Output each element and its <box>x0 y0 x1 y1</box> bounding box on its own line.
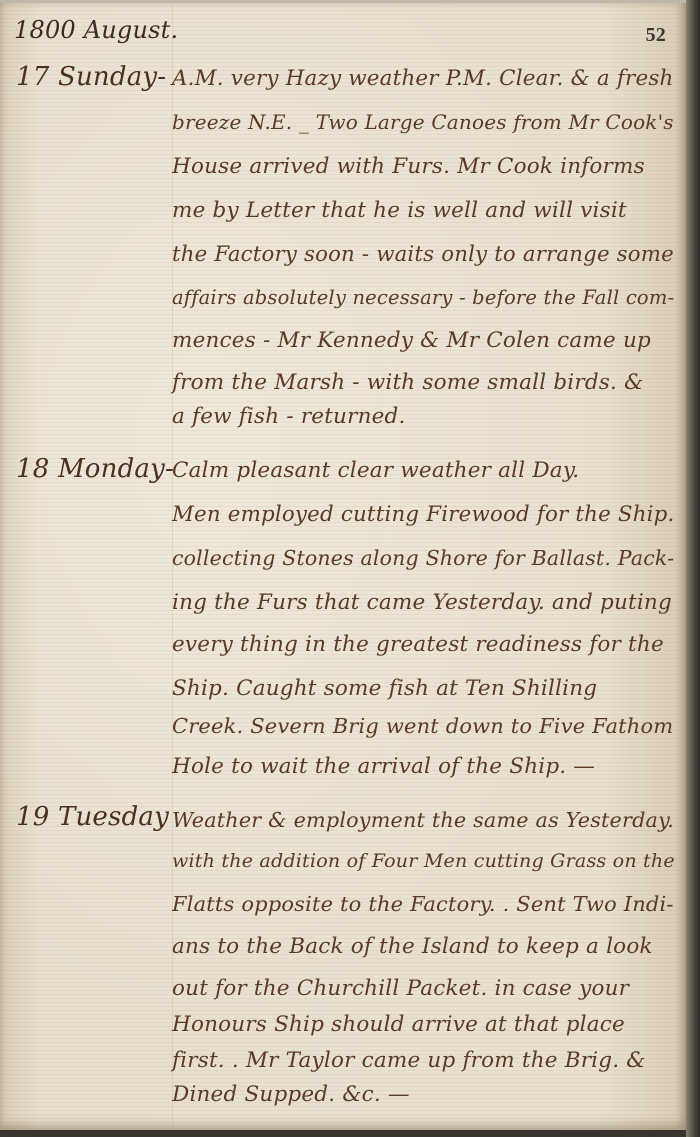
entry-line: mences - Mr Kennedy & Mr Colen came up <box>172 328 651 353</box>
day-label-tuesday: 19 Tuesday <box>16 802 169 832</box>
entry-line: Calm pleasant clear weather all Day. <box>172 458 579 483</box>
entry-line: a few fish - returned. <box>172 404 406 429</box>
entry-line: Hole to wait the arrival of the Ship. — <box>172 754 595 779</box>
entry-line: Flatts opposite to the Factory. . Sent T… <box>172 892 674 916</box>
day-label-sunday: 17 Sunday- <box>16 62 166 92</box>
book-binding-edge <box>686 0 700 1137</box>
entry-line: out for the Churchill Packet. in case yo… <box>172 976 629 1001</box>
header-date: 1800 August. <box>14 16 178 44</box>
entry-line: Dined Supped. &c. — <box>172 1082 410 1107</box>
entry-line: Ship. Caught some fish at Ten Shilling <box>172 676 597 701</box>
entry-line: Honours Ship should arrive at that place <box>172 1012 625 1037</box>
entry-line: Weather & employment the same as Yesterd… <box>172 808 674 832</box>
entry-line: from the Marsh - with some small birds. … <box>172 370 643 395</box>
page-top-edge <box>0 0 700 3</box>
entry-line: breeze N.E. _ Two Large Canoes from Mr C… <box>172 110 674 134</box>
entry-line: every thing in the greatest readiness fo… <box>172 632 664 657</box>
entry-line: A.M. very Hazy weather P.M. Clear. & a f… <box>172 66 674 91</box>
entry-line: me by Letter that he is well and will vi… <box>172 198 627 223</box>
day-label-monday: 18 Monday- <box>16 454 174 484</box>
entry-line: ans to the Back of the Island to keep a … <box>172 934 653 959</box>
entry-line: Men employed cutting Firewood for the Sh… <box>172 502 674 527</box>
page-number: 52 <box>646 24 666 47</box>
entry-line: Creek. Severn Brig went down to Five Fat… <box>172 714 673 738</box>
journal-page: 1800 August. 52 17 Sunday- A.M. very Haz… <box>0 2 686 1130</box>
entry-line: House arrived with Furs. Mr Cook informs <box>172 154 645 179</box>
entry-line: the Factory soon - waits only to arrange… <box>172 242 674 267</box>
entry-line: with the addition of Four Men cutting Gr… <box>172 850 675 872</box>
entry-line: collecting Stones along Shore for Ballas… <box>172 546 674 570</box>
entry-line: ing the Furs that came Yesterday. and pu… <box>172 590 672 615</box>
entry-line: first. . Mr Taylor came up from the Brig… <box>172 1048 646 1073</box>
entry-line: affairs absolutely necessary - before th… <box>172 286 674 309</box>
